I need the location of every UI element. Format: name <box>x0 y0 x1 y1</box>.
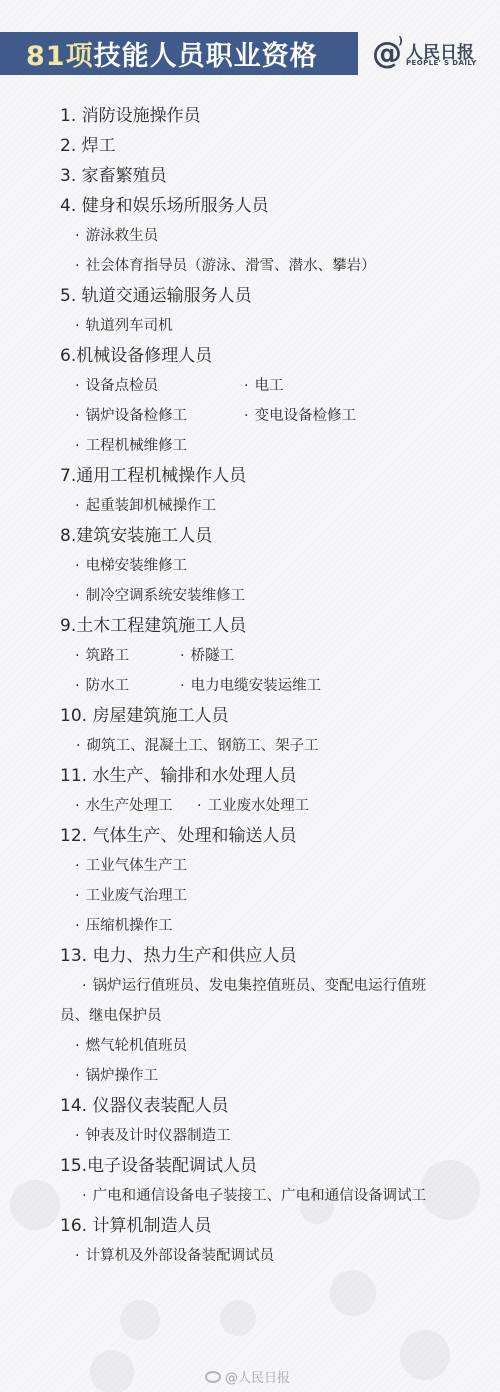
section-heading: 1. 消防设施操作员 <box>0 101 500 131</box>
list-item-row: ·游泳救生员 <box>0 221 500 251</box>
list-item-label: 电梯安装维修工 <box>86 558 188 574</box>
list-item-row: ·电梯安装维修工 <box>0 551 500 581</box>
bullet-icon: · <box>75 1248 80 1264</box>
list-item-label: 工业废水处理工 <box>208 798 310 814</box>
list-item: ·变电设备检修工 <box>244 401 356 431</box>
list-item-row: ·工业气体生产工 <box>0 851 500 881</box>
weibo-watermark: @人民日报 <box>205 1367 290 1386</box>
bullet-icon: · <box>75 648 80 664</box>
list-item-label: 工程机械维修工 <box>86 438 188 454</box>
list-item: ·起重装卸机械操作工 <box>75 491 216 521</box>
list-item: ·游泳救生员 <box>75 221 158 251</box>
bullet-icon: · <box>75 438 80 454</box>
list-item-label: 电工 <box>255 378 284 394</box>
list-item-row: ·水生产处理工 ·工业废水处理工 <box>0 791 500 821</box>
list-item: ·工业气体生产工 <box>75 851 187 881</box>
section-heading: 16. 计算机制造人员 <box>0 1211 500 1241</box>
list-item-label: 变电设备检修工 <box>255 408 357 424</box>
list-item-row: ·筑路工 ·桥隧工 <box>0 641 500 671</box>
bullet-icon: · <box>75 1128 80 1144</box>
bullet-icon: · <box>75 888 80 904</box>
list-item-label: 工业气体生产工 <box>86 858 188 874</box>
list-item-label: 广电和通信设备电子装接工、广电和通信设备调试工 <box>93 1188 427 1204</box>
bullet-icon: · <box>75 408 80 424</box>
list-item-label: 电力电缆安装运维工 <box>191 678 322 694</box>
list-item: ·电梯安装维修工 <box>75 551 187 581</box>
list-item: ·砌筑工、混凝土工、钢筋工、架子工 <box>76 731 319 761</box>
list-item-row: ·设备点检员 ·电工 <box>0 371 500 401</box>
list-item-label: 起重装卸机械操作工 <box>86 498 217 514</box>
list-item: ·电工 <box>244 371 284 401</box>
bullet-icon: · <box>197 798 202 814</box>
list-item-row: ·锅炉操作工 <box>0 1061 500 1091</box>
bullet-icon: · <box>75 798 80 814</box>
list-item-label: 计算机及外部设备装配调试员 <box>86 1248 275 1264</box>
section-heading: 9.土木工程建筑施工人员 <box>0 611 500 641</box>
bullet-icon: · <box>75 558 80 574</box>
section-heading: 15.电子设备装配调试人员 <box>0 1151 500 1181</box>
title-banner: 81项 技能人员职业资格 <box>0 32 358 75</box>
bullet-icon: · <box>75 378 80 394</box>
signal-wave-icon: ) <box>398 34 403 47</box>
bullet-icon: · <box>75 1068 80 1084</box>
list-item-label: 砌筑工、混凝土工、钢筋工、架子工 <box>87 738 319 754</box>
weibo-icon <box>205 1371 221 1383</box>
list-item-row: ·压缩机操作工 <box>0 911 500 941</box>
list-item-label: 燃气轮机值班员 <box>86 1038 188 1054</box>
title-highlight: 81项 <box>26 34 94 73</box>
list-item-label: 钟表及计时仪器制造工 <box>86 1128 231 1144</box>
list-item: ·工业废水处理工 <box>197 791 309 821</box>
watermark-text: @人民日报 <box>225 1367 290 1386</box>
bullet-icon: · <box>75 228 80 244</box>
qualification-list: 1. 消防设施操作员 2. 焊工 3. 家畜繁殖员 4. 健身和娱乐场所服务人员… <box>0 101 500 1271</box>
list-item: ·工程机械维修工 <box>75 431 187 461</box>
bullet-icon: · <box>244 378 249 394</box>
list-item-label: 筑路工 <box>86 648 130 664</box>
list-item-label: 锅炉运行值班员、发电集控值班员、变配电运行值班员、继电保护员 <box>60 978 426 1024</box>
list-item-label: 压缩机操作工 <box>86 918 173 934</box>
bullet-icon: · <box>75 918 80 934</box>
list-item-row: ·社会体育指导员（游泳、滑雪、潜水、攀岩） <box>0 251 500 281</box>
list-item-label: 社会体育指导员（游泳、滑雪、潜水、攀岩） <box>86 258 376 274</box>
bullet-icon: · <box>75 1038 80 1054</box>
list-item-row: ·工程机械维修工 <box>0 431 500 461</box>
list-item-row: ·起重装卸机械操作工 <box>0 491 500 521</box>
list-item: ·水生产处理工 <box>75 791 173 821</box>
list-item: ·设备点检员 <box>75 371 158 401</box>
list-item: ·压缩机操作工 <box>75 911 173 941</box>
section-heading: 6.机械设备修理人员 <box>0 341 500 371</box>
bullet-icon: · <box>180 678 185 694</box>
list-item: ·桥隧工 <box>180 641 234 671</box>
list-item-label: 工业废气治理工 <box>86 888 188 904</box>
bullet-icon: · <box>180 648 185 664</box>
list-item: ·社会体育指导员（游泳、滑雪、潜水、攀岩） <box>75 251 376 281</box>
list-item: ·广电和通信设备电子装接工、广电和通信设备调试工 <box>0 1181 500 1211</box>
list-item: ·筑路工 <box>75 641 129 671</box>
title-text: 技能人员职业资格 <box>94 34 318 73</box>
list-item-label: 游泳救生员 <box>86 228 159 244</box>
list-item: ·制冷空调系统安装维修工 <box>75 581 245 611</box>
list-item: ·锅炉设备检修工 <box>75 401 187 431</box>
section-heading: 5. 轨道交通运输服务人员 <box>0 281 500 311</box>
list-item-row: ·砌筑工、混凝土工、钢筋工、架子工 <box>0 731 500 761</box>
section-heading: 4. 健身和娱乐场所服务人员 <box>0 191 500 221</box>
list-item: ·燃气轮机值班员 <box>75 1031 187 1061</box>
list-item: ·钟表及计时仪器制造工 <box>75 1121 231 1151</box>
section-heading: 14. 仪器仪表装配人员 <box>0 1091 500 1121</box>
list-item-row: ·防水工 ·电力电缆安装运维工 <box>0 671 500 701</box>
list-item: ·计算机及外部设备装配调试员 <box>75 1241 274 1271</box>
list-item-row: ·计算机及外部设备装配调试员 <box>0 1241 500 1271</box>
section-heading: 3. 家畜繁殖员 <box>0 161 500 191</box>
list-item: ·轨道列车司机 <box>75 311 173 341</box>
list-item-label: 制冷空调系统安装维修工 <box>86 588 246 604</box>
list-item-label: 水生产处理工 <box>86 798 173 814</box>
list-item-row: ·工业废气治理工 <box>0 881 500 911</box>
section-heading: 7.通用工程机械操作人员 <box>0 461 500 491</box>
bullet-icon: · <box>75 588 80 604</box>
list-item-row: ·燃气轮机值班员 <box>0 1031 500 1061</box>
bullet-icon: · <box>75 318 80 334</box>
bullet-icon: · <box>76 738 81 754</box>
list-item-label: 防水工 <box>86 678 130 694</box>
list-item: ·锅炉操作工 <box>75 1061 158 1091</box>
bullet-icon: · <box>75 498 80 514</box>
bullet-icon: · <box>82 978 87 994</box>
peoples-daily-logo: @ ) 人民日报 PEOPLE' S DAILY <box>372 36 488 72</box>
bullet-icon: · <box>75 678 80 694</box>
list-item: ·防水工 <box>75 671 129 701</box>
list-item-label: 设备点检员 <box>86 378 159 394</box>
list-item-row: ·钟表及计时仪器制造工 <box>0 1121 500 1151</box>
section-heading: 13. 电力、热力生产和供应人员 <box>0 941 500 971</box>
section-heading: 10. 房屋建筑施工人员 <box>0 701 500 731</box>
bullet-icon: · <box>75 258 80 274</box>
list-item: ·电力电缆安装运维工 <box>180 671 321 701</box>
section-heading: 12. 气体生产、处理和输送人员 <box>0 821 500 851</box>
list-item-label: 锅炉操作工 <box>86 1068 159 1084</box>
list-item: ·工业废气治理工 <box>75 881 187 911</box>
section-heading: 2. 焊工 <box>0 131 500 161</box>
list-item-label: 轨道列车司机 <box>86 318 173 334</box>
bullet-icon: · <box>75 858 80 874</box>
list-item-row: ·锅炉设备检修工 ·变电设备检修工 <box>0 401 500 431</box>
section-heading: 8.建筑安装施工人员 <box>0 521 500 551</box>
bullet-icon: · <box>244 408 249 424</box>
list-item-row: ·轨道列车司机 <box>0 311 500 341</box>
list-item-label: 桥隧工 <box>191 648 235 664</box>
list-item: ·锅炉运行值班员、发电集控值班员、变配电运行值班员、继电保护员 <box>0 971 500 1031</box>
bullet-icon: · <box>82 1188 87 1204</box>
list-item-label: 锅炉设备检修工 <box>86 408 188 424</box>
list-item-row: ·制冷空调系统安装维修工 <box>0 581 500 611</box>
logo-subtitle: PEOPLE' S DAILY <box>406 59 477 67</box>
section-heading: 11. 水生产、输排和水处理人员 <box>0 761 500 791</box>
